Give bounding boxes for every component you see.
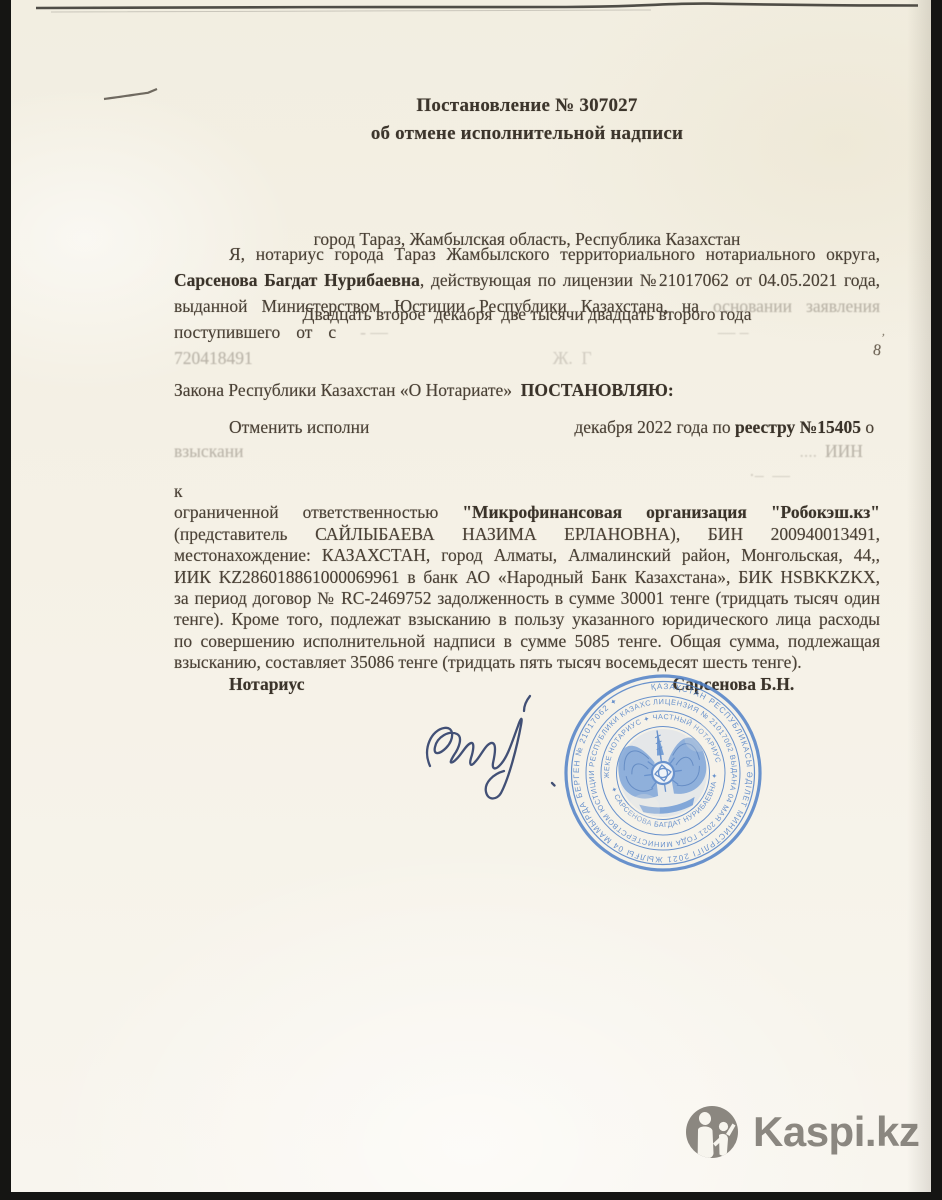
stray-digit-artifact: ’8 (872, 342, 882, 361)
body-line: Сарсенова Багдат Нурибаевна, действующая… (174, 267, 880, 293)
kaspi-watermark: Kaspi.kz (686, 1100, 922, 1164)
paragraph-law-resolve: Закона Республики Казахстан «О Нотариате… (174, 377, 880, 403)
body-line: взысканию, составляет 35086 тенге (тридц… (174, 652, 880, 673)
body-line: взыскани....ИИН (174, 439, 880, 463)
signature-main-stroke (427, 719, 522, 799)
kaspi-people-icon (686, 1106, 738, 1158)
body-line: выданной Министерством Юстиции Республик… (174, 293, 880, 319)
body-line: Я, нотариус города Тараз Жамбылского тер… (174, 241, 880, 267)
body-line: поступившегоотс‑ —— – (174, 319, 880, 345)
signature-dot (552, 783, 555, 786)
body-line: местонахождение: КАЗАХСТАН, город Алматы… (174, 545, 880, 566)
body-line: ИИК KZ286018861000069961 в банк АО «Наро… (174, 567, 880, 588)
notary-round-seal: ҚАЗАҚСТАН РЕСПУБЛИКАСЫ ӘДІЛЕТ МИНИСТРЛІГ… (560, 670, 766, 876)
body-line: Отменить исполнидекабря 2022 года по рее… (174, 415, 880, 439)
kaspi-watermark-label: Kaspi.kz (753, 1108, 919, 1156)
document-content: Постановление № 307027 об отмене исполни… (174, 0, 880, 1192)
body-line: ограниченной ответственностью "Микрофина… (174, 502, 880, 523)
screenshot-root: { "doc": { "title_line1": "Постановление… (0, 0, 942, 1200)
body-line: (представитель САЙЛЫБАЕВА НАЗИМА ЕРЛАНОВ… (174, 524, 880, 545)
decree-title-line2: об отмене исполнительной надписи (174, 120, 880, 148)
body-line: за период договор № RC-2469752 задолженн… (174, 588, 880, 609)
paragraph-notary-intro: Я, нотариус города Тараз Жамбылского тер… (174, 241, 880, 371)
paragraph-cancel-order: Отменить исполнидекабря 2022 года по рее… (174, 415, 880, 487)
body-line: тенге). Кроме того, подлежат взысканию в… (174, 609, 880, 630)
signature-accent-stroke (524, 696, 530, 711)
paragraph-debtor-details: кограниченной ответственностью "Микрофин… (174, 481, 880, 695)
scanned-document-page: Постановление № 307027 об отмене исполни… (11, 0, 931, 1192)
notary-signature (408, 686, 578, 811)
body-line: Закона Республики Казахстан «О Нотариате… (174, 377, 880, 403)
decree-title-line1: Постановление № 307027 (174, 92, 880, 120)
body-line: к (174, 481, 880, 502)
body-line: по совершению исполнительной надписи в с… (174, 631, 880, 652)
body-line: 720418491Ж. Г (174, 345, 880, 371)
stray-pen-mark (104, 89, 157, 99)
